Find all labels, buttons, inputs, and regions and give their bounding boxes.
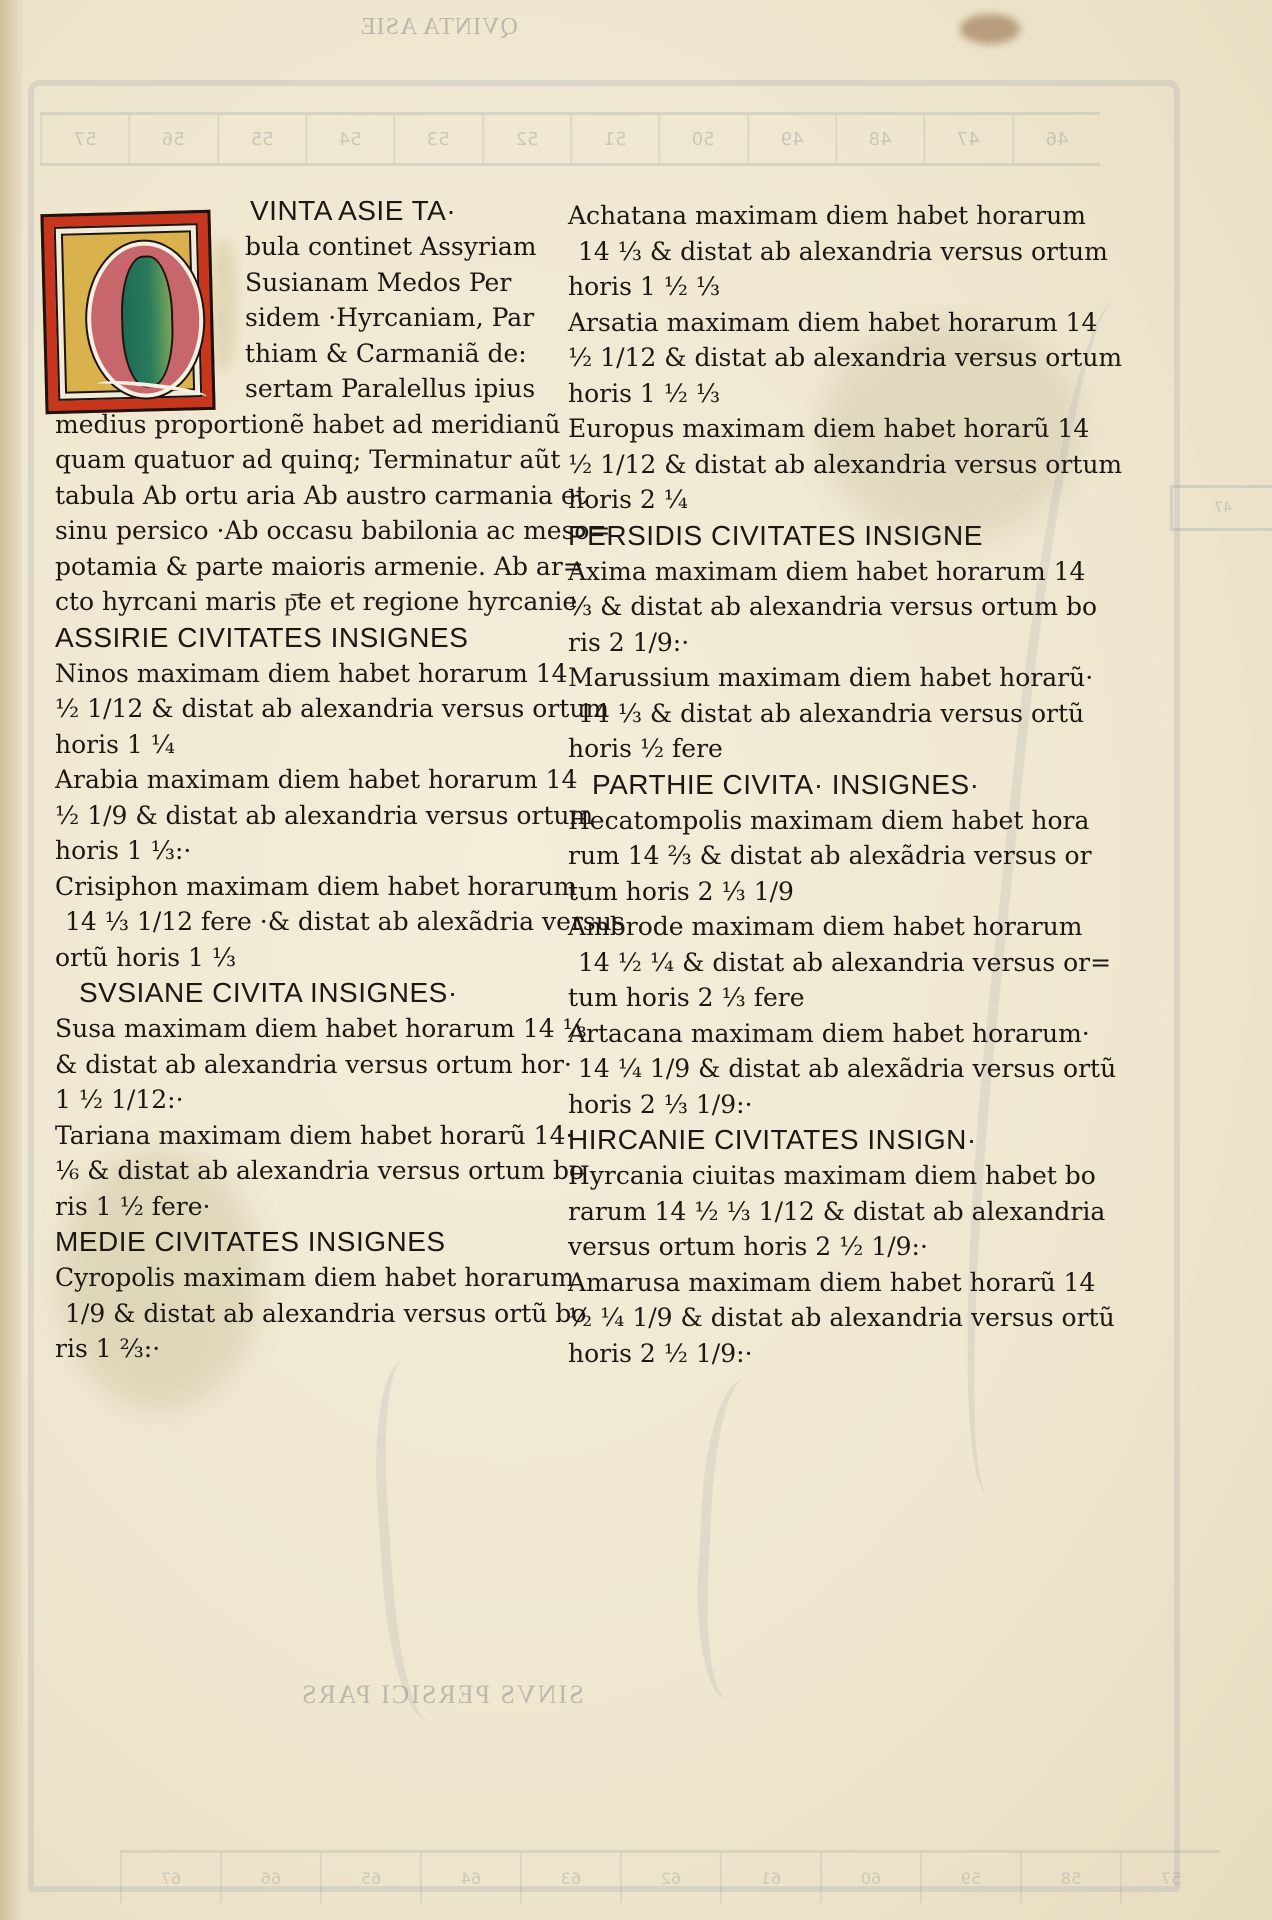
- book-page: QVINTA ASIE 57 56 55 54 53 52 51 50 49 4…: [0, 0, 1272, 1920]
- text-line: cto hyrcani maris p͞te et regione hyrcan…: [55, 584, 525, 620]
- city-entry-line: 14 ½ ¼ & distat ab alexandria versus or=: [568, 945, 1058, 981]
- city-entry-line: horis 1 ⅓:·: [55, 833, 525, 869]
- city-entry-line: 14 ⅓ 1/12 fere ·& distat ab alexãdria ve…: [55, 904, 525, 940]
- city-entry-line: ortũ horis 1 ⅓: [55, 940, 525, 976]
- showthrough-sea-label: SINVS PERSICI PARS: [300, 1680, 584, 1710]
- city-entry-line: Cyropolis maximam diem habet horarum: [55, 1260, 525, 1296]
- city-entry-line: Arsatia maximam diem habet horarum 14: [568, 305, 1058, 341]
- city-entry-line: horis ½ fere: [568, 731, 1058, 767]
- scale-tick: 52: [482, 115, 570, 163]
- title-line: VINTA ASIE TA·: [55, 193, 525, 229]
- city-entry-line: ⅓ & distat ab alexandria versus ortum bo: [568, 589, 1058, 625]
- city-entry-line: 14 ⅓ & distat ab alexandria versus ortũ: [568, 696, 1058, 732]
- binding-gutter: [0, 0, 22, 1920]
- scale-tick: 59: [920, 1853, 1020, 1903]
- text-line: medius proportionẽ habet ad meridianũ: [55, 407, 525, 443]
- city-entry-line: 14 ¼ 1/9 & distat ab alexãdria versus or…: [568, 1051, 1058, 1087]
- scale-tick: 55: [217, 115, 305, 163]
- section-heading: SVSIANE CIVITA INSIGNES·: [55, 975, 525, 1011]
- city-entry-line: ½ 1/12 & distat ab alexandria versus ort…: [55, 691, 525, 727]
- city-entry-line: versus ortum horis 2 ½ 1/9:·: [568, 1229, 1058, 1265]
- text-line: Susianam Medos Per: [55, 265, 525, 301]
- city-entry-line: Ambrode maximam diem habet horarum: [568, 909, 1058, 945]
- scale-tick: 56: [128, 115, 216, 163]
- city-entry-line: & distat ab alexandria versus ortum hor·: [55, 1047, 525, 1083]
- city-entry-line: horis 2 ¼: [568, 482, 1058, 518]
- city-entry-line: ½ 1/12 & distat ab alexandria versus ort…: [568, 447, 1058, 483]
- city-entry-line: ½ 1/12 & distat ab alexandria versus ort…: [568, 340, 1058, 376]
- city-entry-line: horis 2 ½ 1/9:·: [568, 1336, 1058, 1372]
- city-entry-line: 14 ⅓ & distat ab alexandria versus ortum: [568, 234, 1058, 270]
- scale-tick: 65: [320, 1853, 420, 1903]
- city-entry-line: 1 ½ 1/12:·: [55, 1082, 525, 1118]
- showthrough-running-head: QVINTA ASIE: [360, 14, 518, 41]
- scale-tick: 46: [1012, 115, 1100, 163]
- city-entry-line: Tariana maximam diem habet horarũ 14·: [55, 1118, 525, 1154]
- section-heading: HIRCANIE CIVITATES INSIGN·: [568, 1122, 1058, 1158]
- scale-tick: 50: [658, 115, 746, 163]
- city-entry-line: Marussium maximam diem habet horarũ·: [568, 660, 1058, 696]
- text-line: tabula Ab ortu aria Ab austro carmania e…: [55, 478, 525, 514]
- city-entry-line: Amarusa maximam diem habet horarũ 14: [568, 1265, 1058, 1301]
- scale-tick: 48: [835, 115, 923, 163]
- city-entry-line: Ninos maximam diem habet horarum 14: [55, 656, 525, 692]
- city-entry-line: Crisiphon maximam diem habet horarum: [55, 869, 525, 905]
- scale-tick: 64: [420, 1853, 520, 1903]
- city-entry-line: Arabia maximam diem habet horarum 14: [55, 762, 525, 798]
- section-heading: MEDIE CIVITATES INSIGNES: [55, 1224, 525, 1260]
- city-entry-line: rarum 14 ½ ⅓ 1/12 & distat ab alexandria: [568, 1194, 1058, 1230]
- scale-tick: 57: [40, 115, 128, 163]
- city-entry-line: rum 14 ⅔ & distat ab alexãdria versus or: [568, 838, 1058, 874]
- text-line: potamia & parte maioris armenie. Ab ar=: [55, 549, 525, 585]
- city-entry-line: tum horis 2 ⅓ 1/9: [568, 874, 1058, 910]
- scale-tick: 51: [570, 115, 658, 163]
- city-entry-line: Achatana maximam diem habet horarum: [568, 198, 1058, 234]
- scale-tick: 67: [120, 1853, 220, 1903]
- scale-tick: 57: [1120, 1853, 1220, 1903]
- section-heading: ASSIRIE CIVITATES INSIGNES: [55, 620, 525, 656]
- city-entry-line: Europus maximam diem habet horarũ 14: [568, 411, 1058, 447]
- scale-tick: 61: [720, 1853, 820, 1903]
- city-entry-line: ris 1 ½ fere·: [55, 1189, 525, 1225]
- text-line: bula continet Assyriam: [55, 229, 525, 265]
- text-line: sidem ·Hyrcaniam, Par: [55, 300, 525, 336]
- scale-tick: 54: [305, 115, 393, 163]
- city-entry-line: 1/9 & distat ab alexandria versus ortũ b…: [55, 1296, 525, 1332]
- city-entry-line: Artacana maximam diem habet horarum·: [568, 1016, 1058, 1052]
- scale-tick: 62: [620, 1853, 720, 1903]
- scale-tick: 49: [747, 115, 835, 163]
- showthrough-scale-bottom: 67 66 65 64 63 62 61 60 59 58 57: [120, 1850, 1220, 1903]
- scale-tick: 63: [520, 1853, 620, 1903]
- scale-tick: 47: [923, 115, 1011, 163]
- left-text-column: VINTA ASIE TA· bula continet Assyriam Su…: [55, 193, 525, 1367]
- city-entry-line: ris 1 ⅔:·: [55, 1331, 525, 1367]
- text-line: quam quatuor ad quinq; Terminatur aũt: [55, 442, 525, 478]
- showthrough-scale-top: 57 56 55 54 53 52 51 50 49 48 47 46: [40, 112, 1100, 166]
- text-line: thiam & Carmaniã de:: [55, 336, 525, 372]
- city-entry-line: Hecatompolis maximam diem habet hora: [568, 803, 1058, 839]
- city-entry-line: tum horis 2 ⅓ fere: [568, 980, 1058, 1016]
- scale-tick: 66: [220, 1853, 320, 1903]
- city-entry-line: ½ ¼ 1/9 & distat ab alexandria versus or…: [568, 1300, 1058, 1336]
- scale-tick: 53: [393, 115, 481, 163]
- text-line: sertam Paralellus ipius: [55, 371, 525, 407]
- city-entry-line: horis 1 ¼: [55, 727, 525, 763]
- foxing-spot: [960, 14, 1020, 44]
- section-heading: PARTHIE CIVITA· INSIGNES·: [568, 767, 1058, 803]
- showthrough-side-tag: 47: [1170, 485, 1272, 531]
- city-entry-line: Susa maximam diem habet horarum 14 ⅓: [55, 1011, 525, 1047]
- city-entry-line: ⅙ & distat ab alexandria versus ortum bo: [55, 1153, 525, 1189]
- scale-tick: 60: [820, 1853, 920, 1903]
- city-entry-line: ris 2 1/9:·: [568, 625, 1058, 661]
- text-line: sinu persico ·Ab occasu babilonia ac mes…: [55, 513, 525, 549]
- scale-tick: 58: [1020, 1853, 1120, 1903]
- section-heading: PERSIDIS CIVITATES INSIGNE: [568, 518, 1058, 554]
- city-entry-line: Hyrcania ciuitas maximam diem habet bo: [568, 1158, 1058, 1194]
- city-entry-line: horis 1 ½ ⅓: [568, 376, 1058, 412]
- right-text-column: Achatana maximam diem habet horarum 14 ⅓…: [568, 198, 1058, 1371]
- city-entry-line: horis 2 ⅓ 1/9:·: [568, 1087, 1058, 1123]
- city-entry-line: horis 1 ½ ⅓: [568, 269, 1058, 305]
- city-entry-line: ½ 1/9 & distat ab alexandria versus ortu…: [55, 798, 525, 834]
- city-entry-line: Axima maximam diem habet horarum 14: [568, 554, 1058, 590]
